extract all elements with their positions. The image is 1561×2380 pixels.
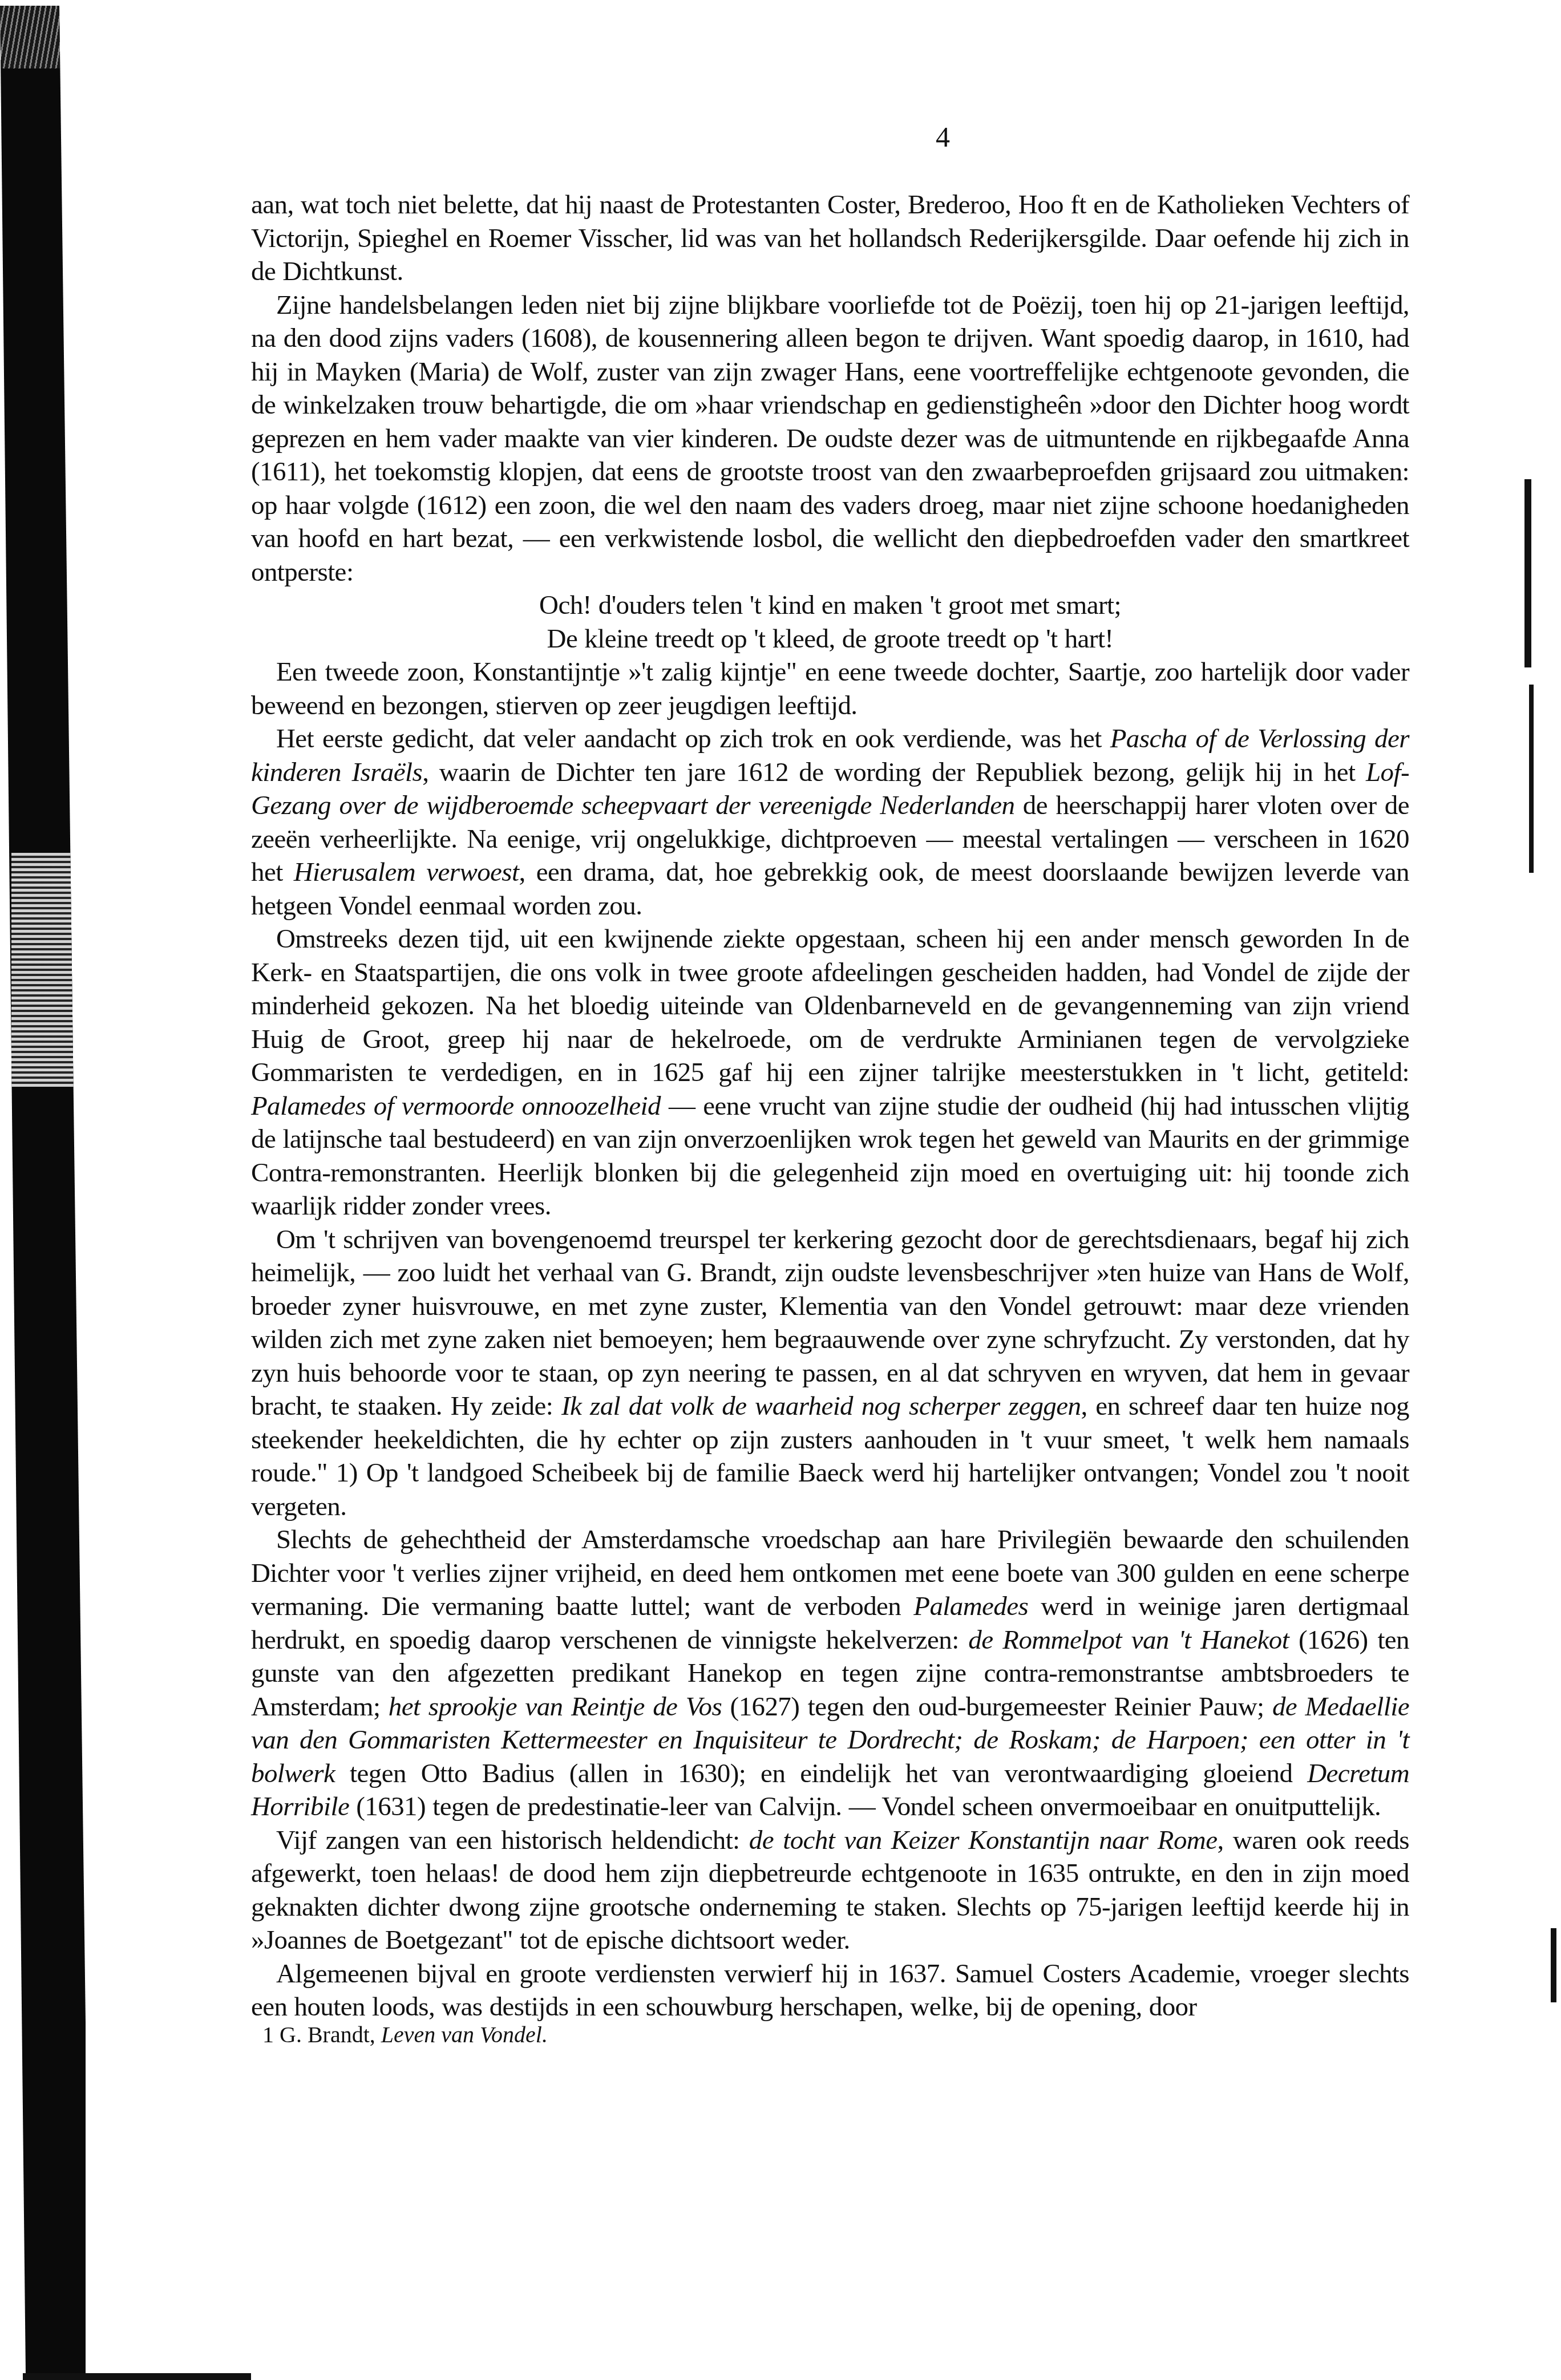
verse-quote: Och! d'ouders telen 't kind en maken 't … (251, 589, 1409, 655)
paragraph-p5: Omstreeks dezen tijd, uit een kwijnende … (251, 922, 1409, 1223)
verse-line-2: De kleine treedt op 't kleed, de groote … (251, 622, 1409, 656)
verse-line-1: Och! d'ouders telen 't kind en maken 't … (251, 589, 1409, 622)
italic-title: de tocht van Keizer Konstantijn naar Rom… (749, 1826, 1218, 1855)
footnote: 1 G. Brandt, Leven van Vondel. (262, 2022, 548, 2047)
paragraph-p9: Algemeenen bijval en groote verdiensten … (251, 1957, 1409, 2024)
paragraph-p7: Slechts de gehechtheid der Amsterdamsche… (251, 1523, 1409, 1824)
text-segment: Het eerste gedicht, dat veler aandacht o… (276, 724, 1110, 754)
scan-edge-shadow-bottom (23, 2373, 251, 2380)
paragraphs-after-verse: Een tweede zoon, Konstantijntje »'t zali… (251, 655, 1409, 2024)
text-segment: Omstreeks dezen tijd, uit een kwijnende … (251, 924, 1409, 1087)
text-segment: (1631) tegen de predestinatie-leer van C… (349, 1792, 1381, 1822)
scan-edge-shadow-left (0, 6, 86, 2373)
page-number: 4 (936, 123, 950, 151)
text-segment: Algemeenen bijval en groote verdiensten … (251, 1959, 1409, 2022)
footnote-title: Leven van Vondel. (381, 2022, 548, 2047)
scan-noise-top (0, 6, 60, 68)
text-segment: tegen Otto Badius (allen in 1630); en ei… (335, 1759, 1307, 1788)
paragraph-p6: Om 't schrijven van bovengenoemd treursp… (251, 1223, 1409, 1524)
paragraph-p3: Een tweede zoon, Konstantijntje »'t zali… (251, 655, 1409, 722)
scan-edge-shadow-right-bottom (1551, 1928, 1556, 2002)
paragraphs-before-verse: aan, wat toch niet belette, dat hij naas… (251, 188, 1409, 589)
text-segment: Een tweede zoon, Konstantijntje »'t zali… (251, 657, 1409, 721)
text-segment: , waarin de Dichter ten jare 1612 de wor… (422, 758, 1366, 787)
italic-title: Hierusalem verwoest (294, 857, 519, 887)
italic-title: Palamedes (913, 1592, 1028, 1621)
text-segment: (1627) tegen den oud-burgemeester Reinie… (722, 1692, 1272, 1722)
paragraph-p1: aan, wat toch niet belette, dat hij naas… (251, 188, 1409, 289)
italic-title: Palamedes of vermoorde onnoozelheid (251, 1091, 661, 1121)
paragraph-p4: Het eerste gedicht, dat veler aandacht o… (251, 722, 1409, 922)
footnote-author: G. Brandt, (280, 2022, 375, 2047)
text-segment: aan, wat toch niet belette, dat hij naas… (251, 190, 1409, 286)
scan-noise-middle (11, 853, 74, 1087)
paragraph-p2: Zijne handelsbelangen leden niet bij zij… (251, 289, 1409, 589)
scan-edge-shadow-right (1524, 479, 1531, 667)
italic-title: het sprookje van Reintje de Vos (389, 1692, 722, 1722)
text-segment: Vijf zangen van een historisch heldendic… (276, 1826, 749, 1855)
footnote-marker: 1 (262, 2022, 274, 2047)
scan-edge-shadow-right-lower (1529, 685, 1534, 873)
italic-title: de Rommelpot van 't Hanekot (968, 1625, 1289, 1655)
text-segment: Zijne handelsbelangen leden niet bij zij… (251, 290, 1409, 587)
italic-title: Ik zal dat volk de waarheid nog scherper… (561, 1391, 1081, 1421)
paragraph-p8: Vijf zangen van een historisch heldendic… (251, 1824, 1409, 1957)
body-text: aan, wat toch niet belette, dat hij naas… (251, 188, 1409, 2024)
